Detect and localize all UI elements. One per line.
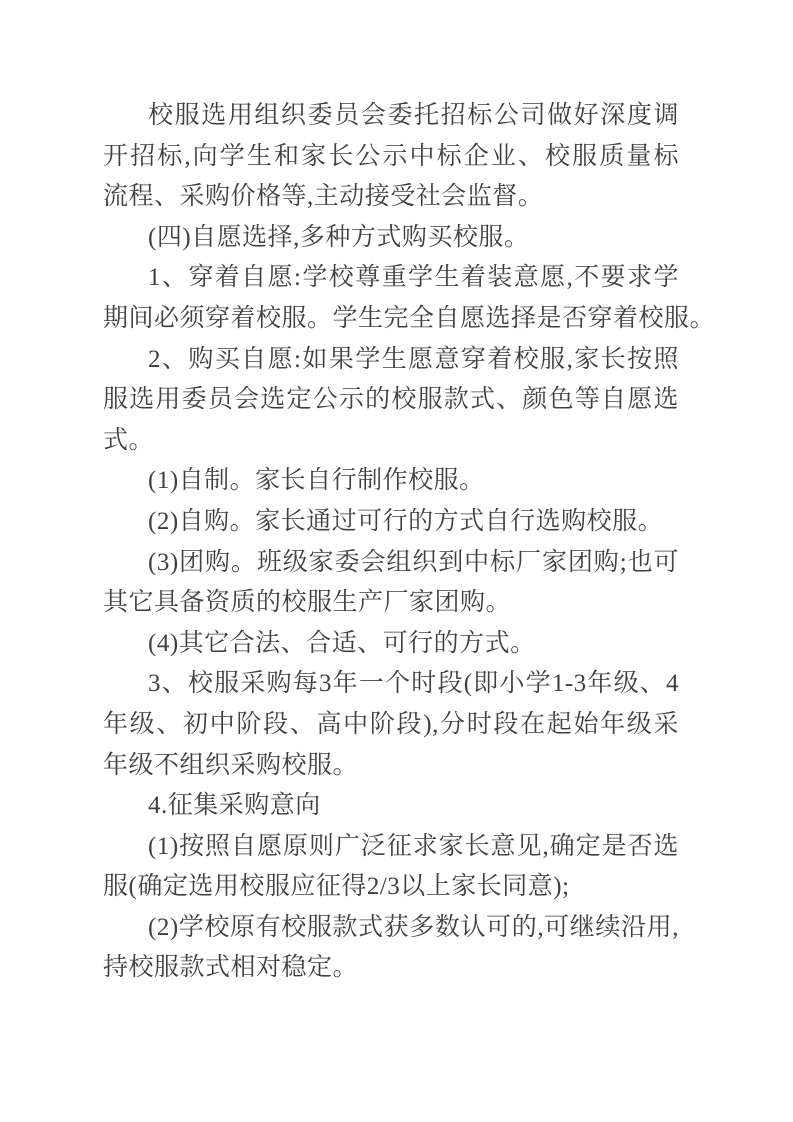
text-line: (2)学校原有校服款式获多数认可的,可继续沿用,保 (103, 908, 679, 949)
text-line: 其它具备资质的校服生产厂家团购。 (103, 583, 679, 624)
text-line: (1)按照自愿原则广泛征求家长意见,确定是否选用校 (103, 827, 679, 868)
text-line: 持校服款式相对稳定。 (103, 948, 679, 989)
text-line: 4.征集采购意向 (103, 786, 679, 827)
text-line: 流程、采购价格等,主动接受社会监督。 (103, 177, 679, 218)
text-line: 期间必须穿着校服。学生完全自愿选择是否穿着校服。 (103, 299, 679, 340)
text-line: 年级不组织采购校服。 (103, 746, 679, 787)
text-line: 服(确定选用校服应征得2/3以上家长同意); (103, 867, 679, 908)
text-line: 式。 (103, 421, 679, 462)
text-line: (2)自购。家长通过可行的方式自行选购校服。 (103, 502, 679, 543)
text-line: (四)自愿选择,多种方式购买校服。 (103, 218, 679, 259)
text-line: 年级、初中阶段、高中阶段),分时段在起始年级采购。毕业 (103, 705, 679, 746)
text-line: (4)其它合法、合适、可行的方式。 (103, 624, 679, 665)
text-line: 1、穿着自愿:学校尊重学生着装意愿,不要求学生上学 (103, 258, 679, 299)
text-line: 校服选用组织委员会委托招标公司做好深度调研,组织公 (103, 96, 679, 137)
document-page: 校服选用组织委员会委托招标公司做好深度调研,组织公开招标,向学生和家长公示中标企… (0, 0, 793, 1122)
text-line: 开招标,向学生和家长公示中标企业、校服质量标准、采购 (103, 137, 679, 178)
text-line: (1)自制。家长自行制作校服。 (103, 461, 679, 502)
text-line: (3)团购。班级家委会组织到中标厂家团购;也可以到 (103, 543, 679, 584)
text-line: 2、购买自愿:如果学生愿意穿着校服,家长按照学校校 (103, 340, 679, 381)
text-line: 服选用委员会选定公示的校服款式、颜色等自愿选择购买方 (103, 380, 679, 421)
text-line: 3、校服采购每3年一个时段(即小学1-3年级、4一6 (103, 664, 679, 705)
text-body: 校服选用组织委员会委托招标公司做好深度调研,组织公开招标,向学生和家长公示中标企… (103, 96, 679, 989)
